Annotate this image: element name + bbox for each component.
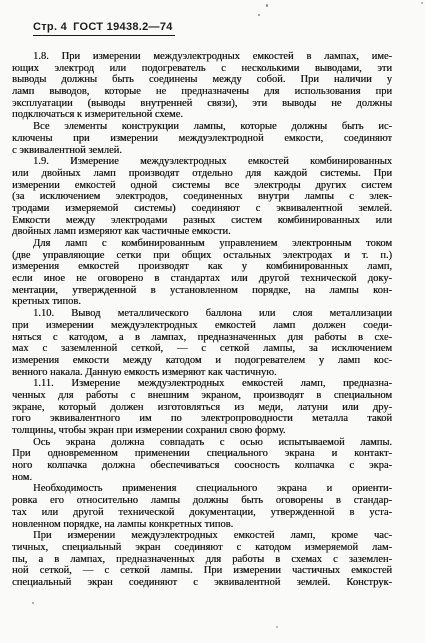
paragraph-1-9: 1.9. Измерение междуэлектродных емкостей…	[12, 156, 392, 238]
text-line: 1.8. При измерении междуэлектродных емко…	[12, 51, 392, 63]
text-line: толщины, чтобы экран при измерении сохра…	[12, 425, 392, 437]
text-line: измерения емкостей производят как у комб…	[12, 261, 392, 273]
text-line: измерения емкости между катодом и подогр…	[12, 355, 392, 367]
text-line: эксплуатации (выводы внутренней связи), …	[12, 98, 392, 110]
text-line: или двойных ламп производят отдельно для…	[12, 168, 392, 180]
text-line: 1.10. Вывод металлического баллона или с…	[12, 308, 392, 320]
text-line: Все элементы конструкции лампы, которые …	[12, 121, 392, 133]
text-line: ламп выводов, которые не предназначены д…	[12, 86, 392, 98]
text-line: подключаться к измерительной схеме.	[12, 109, 392, 121]
page-header: Стр. 4ГОСТ 19438.2—74	[33, 21, 175, 36]
text-line: ного колпачка должна обеспечиваться соос…	[12, 460, 392, 472]
paragraph: При измерении междуэлектродных емкостей …	[12, 530, 392, 588]
text-line: ной сеткой, — с сеткой лампы. При измере…	[12, 565, 392, 577]
paragraph: Необходимость применения специального эк…	[12, 483, 392, 530]
text-line: 1.9. Измерение междуэлектродных емкостей…	[12, 156, 392, 168]
text-line: измерении емкостей одной системы все эле…	[12, 180, 392, 192]
paragraph: Все элементы конструкции лампы, которые …	[12, 121, 392, 156]
text-line: экране, который должен изготовляться из …	[12, 402, 392, 414]
scan-speck	[258, 14, 260, 16]
text-line: ментации, утвержденной в установленном п…	[12, 285, 392, 297]
paragraph-1-10: 1.10. Вывод металлического баллона или с…	[12, 308, 392, 378]
scan-speck	[32, 602, 34, 604]
text-line: с эквивалентной землей.	[12, 145, 392, 157]
text-line: ключены при измерении междуэлектродной е…	[12, 133, 392, 145]
scan-speck	[266, 4, 268, 7]
text-line: При одновременном применении специальног…	[12, 448, 392, 460]
paragraph: Ось экрана должна совпадать с осью испыт…	[12, 437, 392, 484]
text-line: ном.	[12, 472, 392, 484]
text-line: Для ламп с комбинированным управлением э…	[12, 238, 392, 250]
text-line: венного накала. Данную емкость измеряют …	[12, 367, 392, 379]
text-line: при измерении междуэлектродных емкостей …	[12, 320, 392, 332]
text-line: выводы должны быть соединены между собой…	[12, 74, 392, 86]
text-line: ченных для работы с внешним экраном, про…	[12, 390, 392, 402]
paragraph-1-11: 1.11. Измерение междуэлектродных емкосте…	[12, 378, 392, 436]
text-line: 1.11. Измерение междуэлектродных емкосте…	[12, 378, 392, 390]
text-line: (за исключением электродов, соединенных …	[12, 191, 392, 203]
standard-number: ГОСТ 19438.2—74	[73, 21, 173, 33]
text-line: (две управляющие сетки при общих остальн…	[12, 250, 392, 262]
text-line: тах или другой технической документации,…	[12, 507, 392, 519]
text-line: няться с катодом, а в лампах, предназнач…	[12, 332, 392, 344]
text-line: При измерении междуэлектродных емкостей …	[12, 530, 392, 542]
text-line: Ось экрана должна совпадать с осью испыт…	[12, 437, 392, 449]
text-line: ющих электрод или подогреватель с нескол…	[12, 63, 392, 75]
text-line: кретных типов.	[12, 296, 392, 308]
text-line: пы, а в лампах, предназначенных для рабо…	[12, 554, 392, 566]
text-line: мах с заземленной сеткой, — с сеткой лам…	[12, 343, 392, 355]
scanned-document-page: Стр. 4ГОСТ 19438.2—74 1.8. При измерении…	[0, 0, 425, 643]
text-line: если иное не оговорено в стандартах или …	[12, 273, 392, 285]
paragraph-1-8: 1.8. При измерении междуэлектродных емко…	[12, 51, 392, 121]
scan-speck	[276, 626, 278, 628]
document-body: 1.8. При измерении междуэлектродных емко…	[12, 51, 392, 589]
scan-speck	[421, 2, 423, 4]
text-line: Емкости между электродами разных систем …	[12, 215, 392, 227]
text-line: тродами измеряемой системы) соединяют с …	[12, 203, 392, 215]
paragraph: Для ламп с комбинированным управлением э…	[12, 238, 392, 308]
text-line: гого эквивалентного им по электропроводн…	[12, 413, 392, 425]
page-number-label: Стр. 4	[33, 21, 67, 33]
text-line: Необходимость применения специального эк…	[12, 483, 392, 495]
text-line: тичных, специальный экран соединяют с ка…	[12, 542, 392, 554]
text-line: специальный экран соединяют с эквивалент…	[12, 577, 392, 589]
text-line: двойных ламп измеряют как частичные емко…	[12, 226, 392, 238]
text-line: новленном порядке, на лампы конкретных т…	[12, 519, 392, 531]
text-line: ровка его относительно лампы должны быть…	[12, 495, 392, 507]
